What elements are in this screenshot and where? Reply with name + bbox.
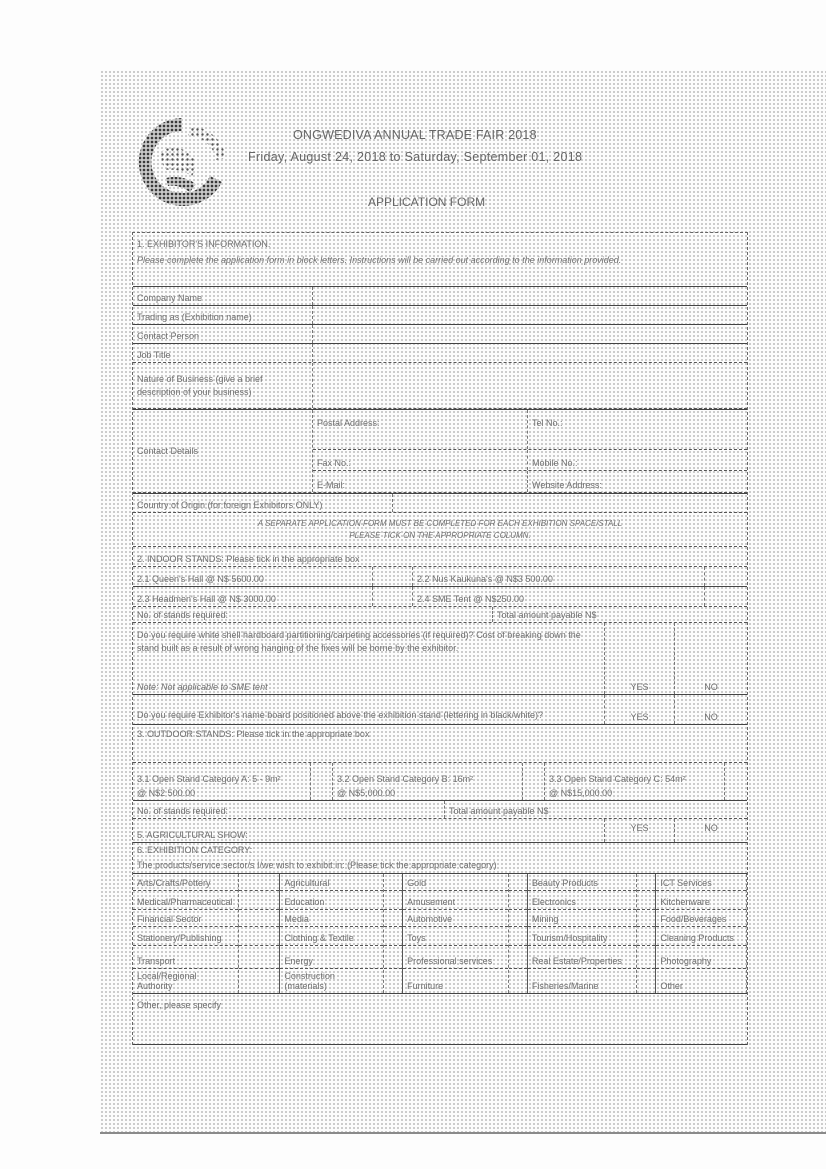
category-checkbox[interactable] [384,927,402,946]
section-3-heading: 3. OUTDOOR STANDS: [137,729,234,739]
job-title-row: Job Title [133,344,747,363]
category-label: Arts/Crafts/Pottery [133,874,238,891]
indoor-option-headmens-hall: 2.3 Headmen's Hall @ N$ 3000.00 [133,587,373,606]
outdoor-option-c-price: @ N$15,000.00 [549,788,612,798]
category-checkbox[interactable] [239,927,280,946]
section-6-header: 6. EXHIBITION CATEGORY: The products/ser… [133,843,747,873]
indoor-row-1: 2.1 Queen's Hall @ N$ 5600.00 2.2 Nus Ka… [133,567,747,587]
country-of-origin-input[interactable] [393,494,747,512]
partition-question: Do you require white shell hardboard par… [137,629,600,655]
indoor-checkbox-queens-hall[interactable] [373,567,413,586]
category-column: Beauty ProductsElectronicsMiningTourism/… [528,874,638,993]
agricultural-show-yes[interactable]: YES [605,819,675,842]
section-2-heading: 2. INDOOR STANDS: [137,554,224,564]
category-checkbox[interactable] [239,891,280,910]
category-checkbox[interactable] [239,874,280,891]
indoor-row-2: 2.3 Headmen's Hall @ N$ 3000.00 2.4 SME … [133,587,747,607]
category-label: Real Estate/Properties [528,946,637,969]
nameboard-no[interactable]: NO [675,695,747,724]
category-checkbox[interactable] [637,927,655,946]
category-label: Transport [133,946,238,969]
section-3-note: Please tick in the appropriate box [236,729,369,739]
contact-details-row: Contact Details Postal Address: Tel No.:… [133,409,747,493]
nature-of-business-input[interactable] [313,363,747,408]
nameboard-question: Do you require Exhibitor's name board po… [133,695,605,724]
category-label: Tourism/Hospitality [528,927,637,946]
category-checkbox[interactable] [509,946,527,969]
company-name-label: Company Name [133,287,313,305]
outdoor-option-a-price: @ N$2 500.00 [137,788,195,798]
event-title: ONGWEDIVA ANNUAL TRADE FAIR 2018 [293,128,537,142]
outdoor-option-b-label: 3.2 Open Stand Category B: 16m² [337,774,473,784]
contact-details-label: Contact Details [133,410,313,492]
section-2-header: 2. INDOOR STANDS: Please tick in the app… [133,547,747,567]
postal-address-field[interactable]: Postal Address: [313,410,528,449]
category-checkbox[interactable] [509,910,527,927]
category-label: Medical/Pharmaceutical [133,891,238,910]
event-dates: Friday, August 24, 2018 to Saturday, Sep… [248,150,582,164]
partition-note: Note: Not applicable to SME tent [137,682,268,692]
category-checkbox[interactable] [384,969,402,993]
category-label: Energy [280,946,383,969]
category-column: ICT ServicesKitchenwareFood/BeveragesCle… [656,874,747,993]
nameboard-question-row: Do you require Exhibitor's name board po… [133,695,747,725]
category-label: Gold [403,874,508,891]
outdoor-option-b-price: @ N$5,000.00 [337,788,395,798]
outdoor-option-a-label: 3.1 Open Stand Category A: 5 - 9m² [137,774,281,784]
outdoor-checkbox-a[interactable] [311,763,333,800]
category-label: Furniture [403,969,508,993]
contact-person-row: Contact Person [133,325,747,344]
category-checkbox[interactable] [637,874,655,891]
category-checkbox[interactable] [509,874,527,891]
outdoor-options-row: 3.1 Open Stand Category A: 5 - 9m² @ N$2… [133,763,747,801]
outdoor-option-c-label: 3.3 Open Stand Category C: 54m² [549,774,686,784]
company-name-input[interactable] [313,287,747,305]
category-label: Construction (materials) [280,969,383,993]
job-title-input[interactable] [313,344,747,362]
section-2-note: Please tick in the appropriate box [226,554,359,564]
outdoor-option-b: 3.2 Open Stand Category B: 16m² @ N$5,00… [333,763,523,800]
outdoor-checkbox-c[interactable] [725,763,747,800]
category-label: Automotive [403,910,508,927]
category-checkbox[interactable] [384,910,402,927]
contact-person-label: Contact Person [133,325,313,343]
fax-no-field[interactable]: Fax No.: [313,450,528,471]
category-checkbox[interactable] [239,946,280,969]
job-title-label: Job Title [133,344,313,362]
email-field[interactable]: E-Mail: [313,471,528,492]
category-checkbox[interactable] [509,927,527,946]
trading-as-label: Trading as (Exhibition name) [133,306,313,324]
category-label: Media [280,910,383,927]
category-checkbox[interactable] [239,910,280,927]
category-label: Photography [656,946,746,969]
category-label: Local/Regional Authority [133,969,238,993]
category-label: Fisheries/Marine [528,969,637,993]
agricultural-show-no[interactable]: NO [675,819,747,842]
agricultural-show-row: 5. AGRICULTURAL SHOW: YES NO [133,819,747,843]
category-tick-column [239,874,281,993]
contact-person-input[interactable] [313,325,747,343]
category-label: Food/Beverages [656,910,746,927]
category-checkbox[interactable] [637,946,655,969]
category-checkbox[interactable] [384,946,402,969]
section-1-header: 1. EXHIBITOR'S INFORMATION. Please compl… [133,233,747,287]
category-label: Amusement [403,891,508,910]
indoor-option-nus-kaukuna: 2.2 Nus Kaukuna's @ N$3 500.00 [413,567,705,586]
nature-of-business-row: Nature of Business (give a brief descrip… [133,363,747,409]
category-label: Stationery/Publishing [133,927,238,946]
trade-fair-logo-icon [130,112,234,212]
category-label: Education [280,891,383,910]
category-checkbox[interactable] [637,969,655,993]
other-specify-row: Other, please specify [133,993,747,1045]
category-column: AgriculturalEducationMediaClothing & Tex… [280,874,384,993]
company-name-row: Company Name [133,287,747,306]
mobile-no-field[interactable]: Mobile No.: [528,450,747,471]
indoor-option-sme-tent: 2.4 SME Tent @ N$250.00 [413,587,705,606]
category-label: Agricultural [280,874,383,891]
nameboard-yes[interactable]: YES [605,695,675,724]
indoor-total-payable[interactable]: Total amount payable N$ [493,607,747,622]
category-label: Cleaning Products [656,927,746,946]
category-checkbox[interactable] [637,891,655,910]
category-column: Arts/Crafts/PotteryMedical/Pharmaceutica… [133,874,239,993]
country-of-origin-row: Country of Origin (for foreign Exhibitor… [133,493,747,513]
indoor-checkbox-sme-tent[interactable] [705,587,747,606]
outdoor-totals-row: No. of stands required: Total amount pay… [133,801,747,819]
application-form: 1. EXHIBITOR'S INFORMATION. Please compl… [132,232,748,1045]
website-field[interactable]: Website Address: [528,471,747,492]
agricultural-show-label: 5. AGRICULTURAL SHOW: [133,819,605,842]
section-1-instructions: Please complete the application form in … [137,253,743,268]
category-label: Beauty Products [528,874,637,891]
notice-line-1: A SEPARATE APPLICATION FORM MUST BE COMP… [258,519,623,528]
trading-as-input[interactable] [313,306,747,324]
category-checkbox[interactable] [509,891,527,910]
section-1-heading: 1. EXHIBITOR'S INFORMATION. [137,239,743,249]
indoor-stands-required[interactable]: No. of stands required: [133,607,493,622]
category-checkbox[interactable] [637,910,655,927]
indoor-checkbox-nus-kaukuna[interactable] [705,567,747,586]
outdoor-option-c: 3.3 Open Stand Category C: 54m² @ N$15,0… [545,763,725,800]
indoor-option-queens-hall: 2.1 Queen's Hall @ N$ 5600.00 [133,567,373,586]
form-title: APPLICATION FORM [368,195,485,209]
outdoor-option-a: 3.1 Open Stand Category A: 5 - 9m² @ N$2… [133,763,311,800]
partition-question-row: Do you require white shell hardboard par… [133,623,747,695]
partition-yes[interactable]: YES [605,623,675,694]
category-tick-column [637,874,656,993]
category-tick-column [384,874,403,993]
tel-no-field[interactable]: Tel No.: [528,410,747,449]
separate-form-notice: A SEPARATE APPLICATION FORM MUST BE COMP… [133,513,747,547]
category-tick-column [509,874,528,993]
category-label: Toys [403,927,508,946]
outdoor-total-payable[interactable]: Total amount payable N$ [445,801,747,818]
category-label: Kitchenware [656,891,746,910]
outdoor-checkbox-b[interactable] [523,763,545,800]
section-6-instructions: The products/service sector/s I/we wish … [137,860,743,870]
other-specify-input[interactable]: Other, please specify [133,994,747,1044]
trading-as-row: Trading as (Exhibition name) [133,306,747,325]
category-checkbox[interactable] [239,969,280,993]
country-of-origin-label: Country of Origin (for foreign Exhibitor… [133,494,393,512]
category-label: ICT Services [656,874,746,891]
outdoor-stands-required[interactable]: No. of stands required: [133,801,445,818]
category-label: Professional services [403,946,508,969]
exhibition-category-grid: Arts/Crafts/PotteryMedical/Pharmaceutica… [133,873,747,993]
nature-of-business-label: Nature of Business (give a brief descrip… [133,363,313,408]
category-column: GoldAmusementAutomotiveToysProfessional … [403,874,509,993]
indoor-totals-row: No. of stands required: Total amount pay… [133,607,747,623]
category-label: Other [656,969,746,993]
category-checkbox[interactable] [384,891,402,910]
partition-no[interactable]: NO [675,623,747,694]
category-checkbox[interactable] [384,874,402,891]
notice-line-2: PLEASE TICK ON THE APPROPRIATE COLUMN. [349,531,530,540]
category-label: Electronics [528,891,637,910]
section-3-header: 3. OUTDOOR STANDS: Please tick in the ap… [133,725,747,763]
category-label: Clothing & Textile [280,927,383,946]
indoor-checkbox-headmens-hall[interactable] [373,587,413,606]
section-6-heading: 6. EXHIBITION CATEGORY: [137,845,743,855]
category-label: Mining [528,910,637,927]
category-label: Financial Sector [133,910,238,927]
category-checkbox[interactable] [509,969,527,993]
